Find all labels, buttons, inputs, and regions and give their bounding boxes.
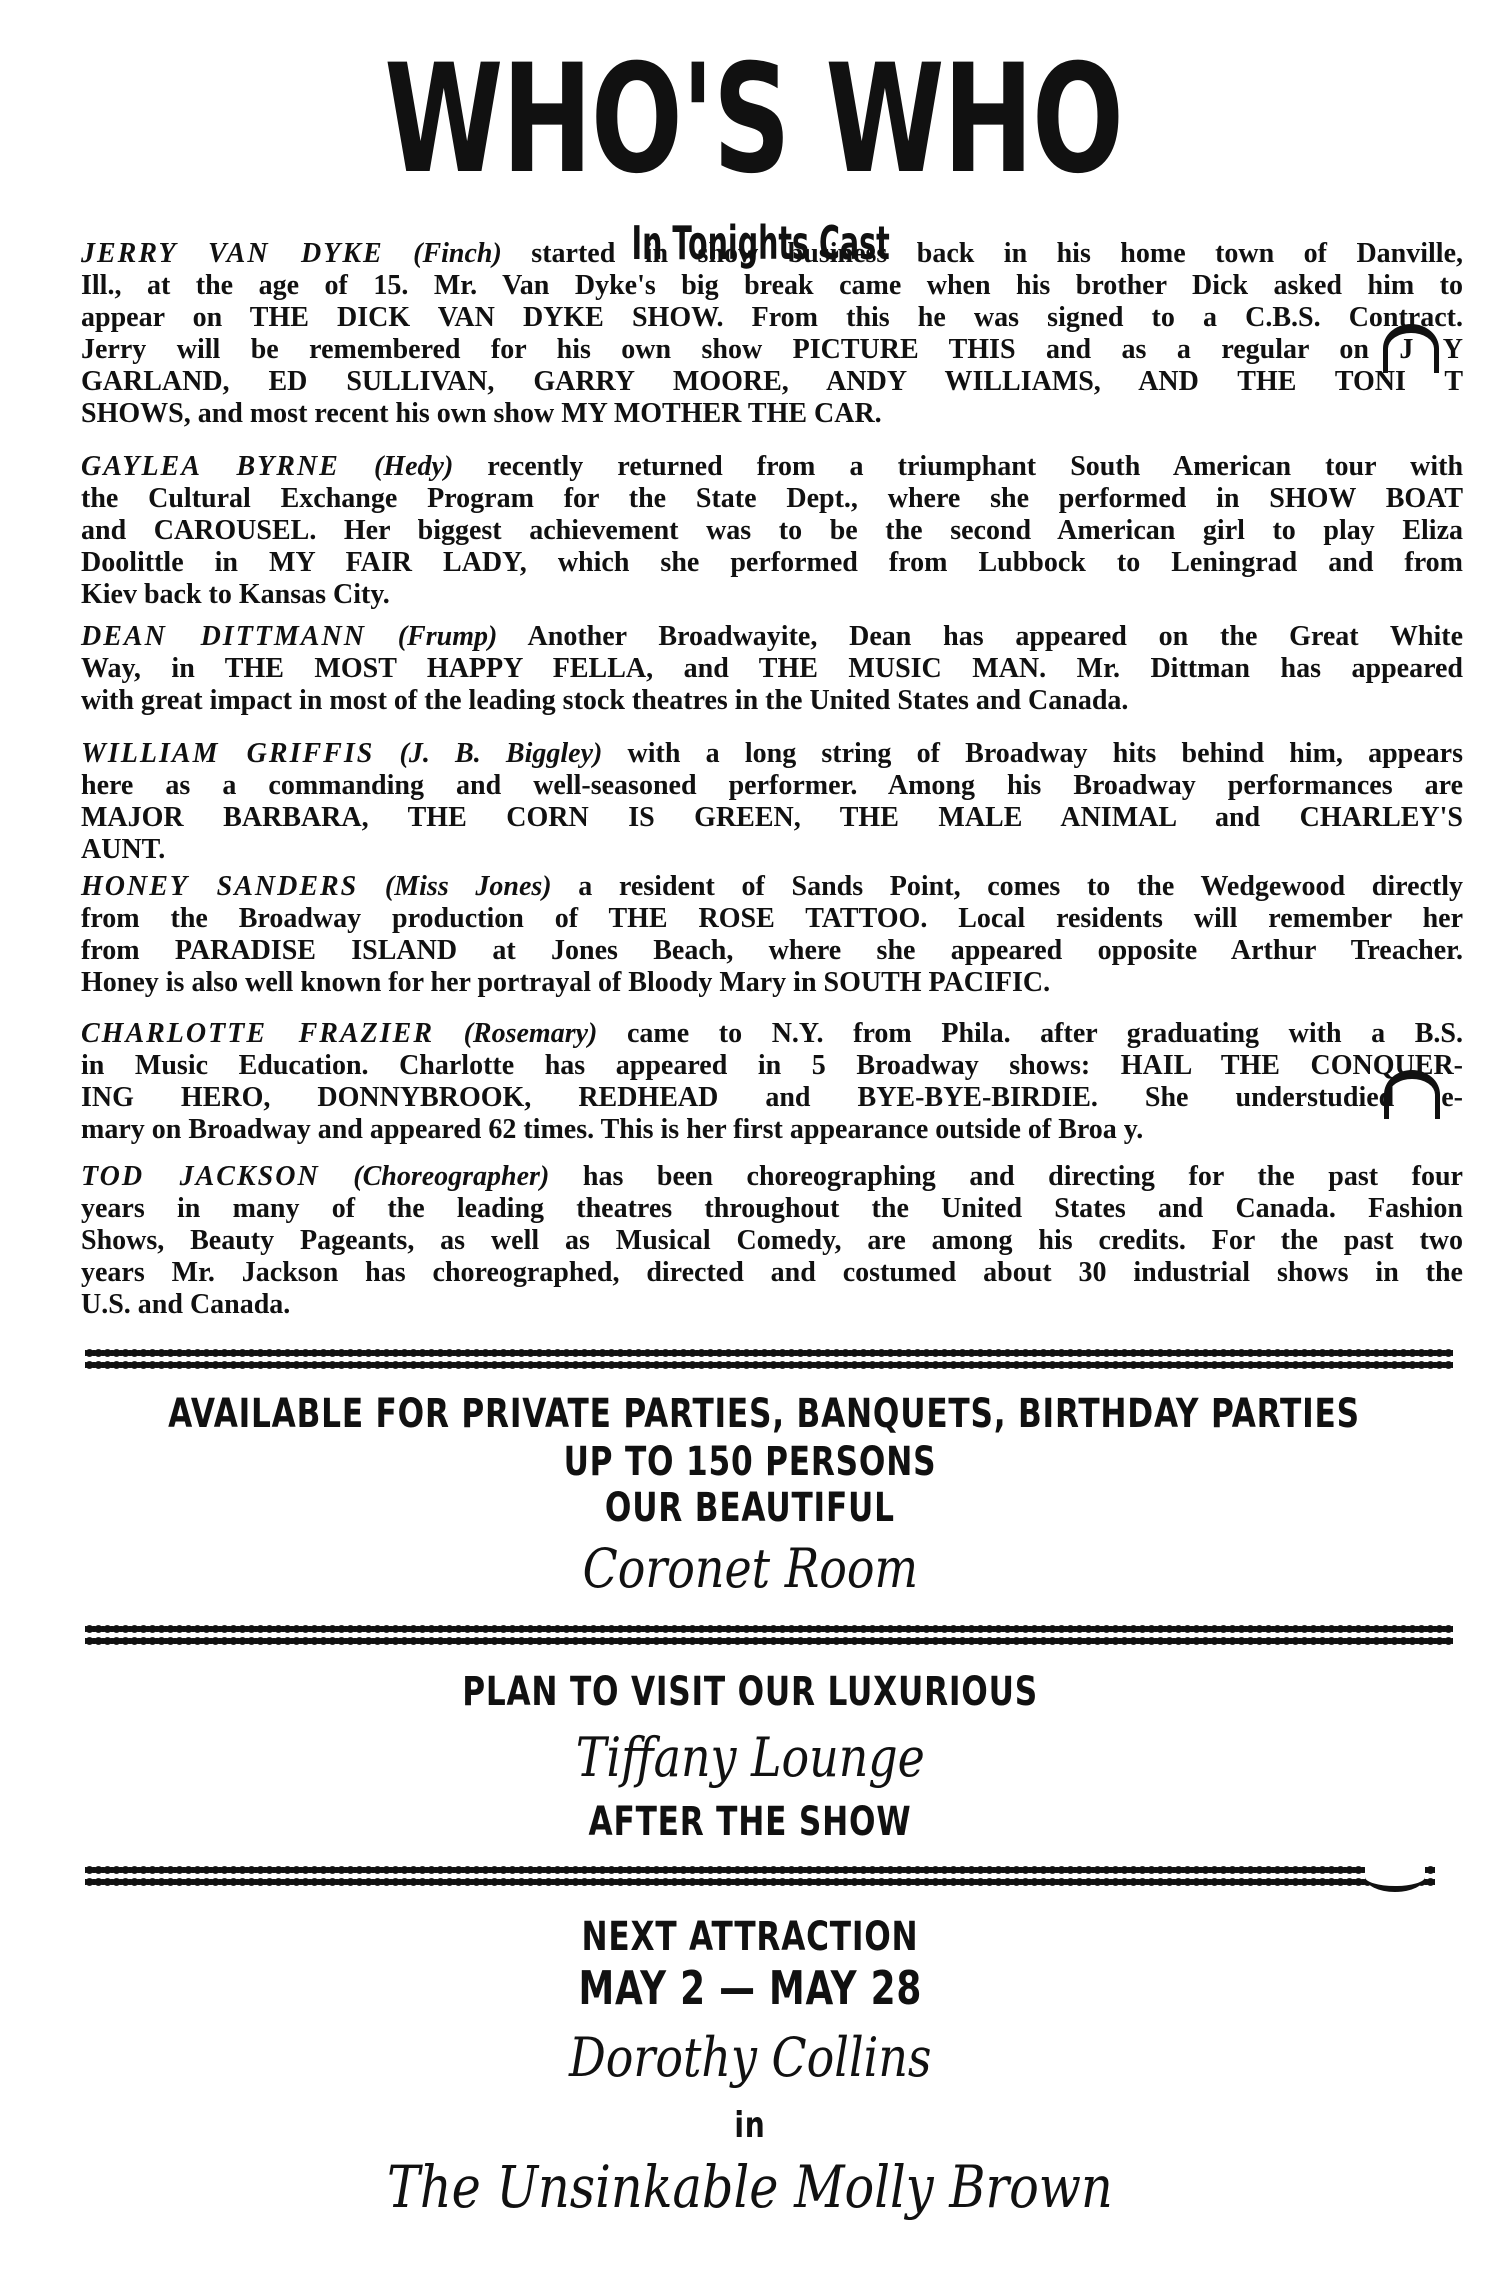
bio-line: the Cultural Exchange Program for the St…: [81, 483, 1463, 515]
bio-line: Kiev back to Kansas City.: [81, 579, 1463, 611]
cast-member-name: JERRY VAN DYKE: [81, 238, 384, 269]
next-attraction-star: Dorothy Collins: [0, 2026, 1500, 2090]
bio-line: AUNT.: [81, 834, 1463, 866]
bio-line: MAJOR BARBARA, THE CORN IS GREEN, THE MA…: [81, 802, 1463, 834]
bio-text: recently returned from a triumphant Sout…: [453, 451, 1463, 482]
coronet-venue: Coronet Room: [0, 1537, 1500, 1601]
next-attraction-dates-text: MAY 2 — MAY 28: [578, 1963, 922, 2013]
cast-bio: HONEY SANDERS (Miss Jones) a resident of…: [81, 871, 1463, 999]
coronet-line-3: OUR BEAUTIFUL: [0, 1486, 1500, 1530]
coronet-line-1-text: AVAILABLE FOR PRIVATE PARTIES, BANQUETS,…: [168, 1392, 1360, 1436]
tiffany-venue: Tiffany Lounge: [0, 1726, 1500, 1790]
bio-line: CHARLOTTE FRAZIER (Rosemary) came to N.Y…: [81, 1018, 1463, 1050]
bio-text: a resident of Sands Point, comes to the …: [552, 871, 1463, 902]
coronet-line-3-text: OUR BEAUTIFUL: [605, 1486, 895, 1530]
next-attraction-dates: MAY 2 — MAY 28: [0, 1963, 1500, 2013]
next-attraction-connector-text: in: [734, 2104, 765, 2148]
bio-line: Honey is also well known for her portray…: [81, 967, 1463, 999]
bio-text: has been choreographing and directing fo…: [549, 1161, 1463, 1192]
ink-blot-2: [1384, 1070, 1440, 1119]
cast-member-name: WILLIAM GRIFFIS: [81, 738, 374, 769]
next-attraction-label-text: NEXT ATTRACTION: [582, 1915, 919, 1959]
coronet-venue-text: Coronet Room: [582, 1537, 917, 1601]
bio-line: from PARADISE ISLAND at Jones Beach, whe…: [81, 935, 1463, 967]
bio-line: appear on THE DICK VAN DYKE SHOW. From t…: [81, 302, 1463, 334]
bio-line: years Mr. Jackson has choreographed, dir…: [81, 1257, 1463, 1289]
cast-member-role: (J. B. Biggley): [400, 738, 603, 769]
next-attraction-connector: in: [0, 2104, 1500, 2148]
cast-member-name: GAYLEA BYRNE: [81, 451, 340, 482]
bio-line: HONEY SANDERS (Miss Jones) a resident of…: [81, 871, 1463, 903]
bio-text: Another Broadwayite, Dean has appeared o…: [497, 621, 1463, 652]
tiffany-line-1: PLAN TO VISIT OUR LUXURIOUS: [0, 1670, 1500, 1714]
bio-line: with great impact in most of the leading…: [81, 685, 1463, 717]
bio-line: TOD JACKSON (Choreographer) has been cho…: [81, 1161, 1463, 1193]
cast-member-name: CHARLOTTE FRAZIER: [81, 1018, 434, 1049]
bio-line: Jerry will be remembered for his own sho…: [81, 334, 1463, 366]
bio-line: here as a commanding and well-seasoned p…: [81, 770, 1463, 802]
tiffany-line-2: AFTER THE SHOW: [0, 1800, 1500, 1844]
cast-bio: CHARLOTTE FRAZIER (Rosemary) came to N.Y…: [81, 1018, 1463, 1146]
ornamental-divider-2: [85, 1623, 1453, 1647]
cast-member-role: (Miss Jones): [385, 871, 552, 902]
bio-line: GAYLEA BYRNE (Hedy) recently returned fr…: [81, 451, 1463, 483]
ink-blot-3: [1365, 1862, 1425, 1892]
bio-line: Shows, Beauty Pageants, as well as Music…: [81, 1225, 1463, 1257]
bio-line: Way, in THE MOST HAPPY FELLA, and THE MU…: [81, 653, 1463, 685]
tiffany-line-2-text: AFTER THE SHOW: [589, 1800, 912, 1844]
cast-bio: WILLIAM GRIFFIS (J. B. Biggley) with a l…: [81, 738, 1463, 866]
cast-member-role: (Finch): [413, 238, 502, 269]
coronet-line-2-text: UP TO 150 PERSONS: [564, 1440, 937, 1484]
bio-line: Doolittle in MY FAIR LADY, which she per…: [81, 547, 1463, 579]
bio-line: from the Broadway production of THE ROSE…: [81, 903, 1463, 935]
tiffany-line-1-text: PLAN TO VISIT OUR LUXURIOUS: [462, 1670, 1038, 1714]
ink-blot-1: [1383, 324, 1439, 373]
cast-bio: TOD JACKSON (Choreographer) has been cho…: [81, 1161, 1463, 1321]
cast-bio: GAYLEA BYRNE (Hedy) recently returned fr…: [81, 451, 1463, 611]
cast-member-name: TOD JACKSON: [81, 1161, 320, 1192]
bio-text: with a long string of Broadway hits behi…: [602, 738, 1463, 769]
cast-member-role: (Hedy): [374, 451, 453, 482]
cast-member-name: HONEY SANDERS: [81, 871, 358, 902]
bio-line: GARLAND, ED SULLIVAN, GARRY MOORE, ANDY …: [81, 366, 1463, 398]
bio-line: mary on Broadway and appeared 62 times. …: [81, 1114, 1463, 1146]
bio-line: years in many of the leading theatres th…: [81, 1193, 1463, 1225]
cast-member-role: (Rosemary): [464, 1018, 598, 1049]
bio-line: U.S. and Canada.: [81, 1289, 1463, 1321]
cast-member-role: (Choreographer): [353, 1161, 549, 1192]
bio-line: WILLIAM GRIFFIS (J. B. Biggley) with a l…: [81, 738, 1463, 770]
next-attraction-show-text: The Unsinkable Molly Brown: [387, 2155, 1113, 2219]
ornamental-divider-3: [85, 1864, 1435, 1888]
cast-bio: DEAN DITTMANN (Frump) Another Broadwayit…: [81, 621, 1463, 717]
cast-member-role: (Frump): [398, 621, 498, 652]
bio-line: DEAN DITTMANN (Frump) Another Broadwayit…: [81, 621, 1463, 653]
bio-line: in Music Education. Charlotte has appear…: [81, 1050, 1463, 1082]
bio-line: Ill., at the age of 15. Mr. Van Dyke's b…: [81, 270, 1463, 302]
next-attraction-show: The Unsinkable Molly Brown: [0, 2155, 1500, 2219]
tiffany-venue-text: Tiffany Lounge: [575, 1726, 924, 1790]
cast-member-name: DEAN DITTMANN: [81, 621, 366, 652]
bio-line: and CAROUSEL. Her biggest achievement wa…: [81, 515, 1463, 547]
coronet-line-2: UP TO 150 PERSONS: [0, 1440, 1500, 1484]
bio-line: SHOWS, and most recent his own show MY M…: [81, 398, 1463, 430]
bio-text: came to N.Y. from Phila. after graduatin…: [597, 1018, 1463, 1049]
bio-text: started in show business back in his hom…: [502, 238, 1463, 269]
bio-line: JERRY VAN DYKE (Finch) started in show b…: [81, 238, 1463, 270]
coronet-line-1: AVAILABLE FOR PRIVATE PARTIES, BANQUETS,…: [0, 1392, 1500, 1436]
ornamental-divider-1: [85, 1347, 1453, 1371]
next-attraction-label: NEXT ATTRACTION: [0, 1915, 1500, 1959]
bio-line: ING HERO, DONNYBROOK, REDHEAD and BYE-BY…: [81, 1082, 1463, 1114]
page-title: WHO'S WHO: [213, 40, 1293, 200]
next-attraction-star-text: Dorothy Collins: [569, 2026, 931, 2090]
cast-bio: JERRY VAN DYKE (Finch) started in show b…: [81, 238, 1463, 430]
